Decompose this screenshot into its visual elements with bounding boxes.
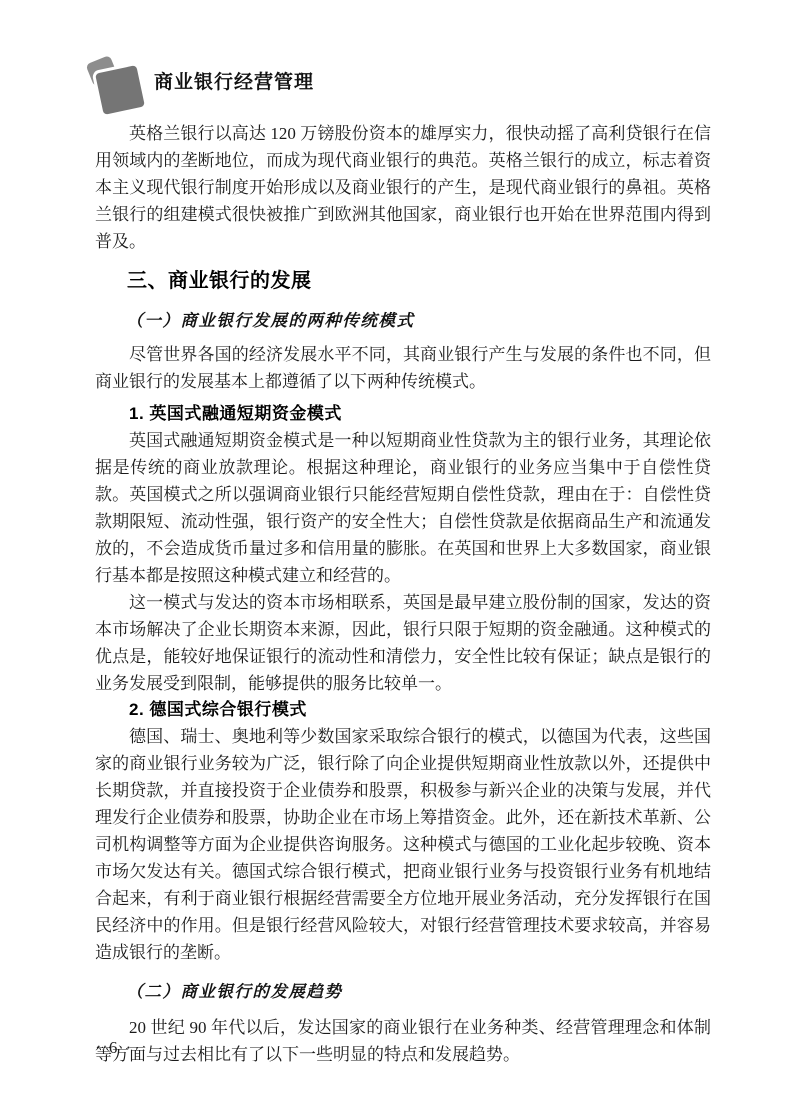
logo-large-square <box>92 62 149 119</box>
point-2-heading: 2. 德国式综合银行模式 <box>95 697 711 723</box>
book-logo-icon <box>88 56 150 118</box>
section-heading: 三、商业银行的发展 <box>95 267 711 295</box>
book-page: 商业银行经营管理 英格兰银行以高达 120 万镑股份资本的雄厚实力，很快动摇了高… <box>0 0 800 1114</box>
point-1-paragraph-2: 这一模式与发达的资本市场相联系，英国是最早建立股份制的国家，发达的资本市场解决了… <box>95 589 711 697</box>
book-title: 商业银行经营管理 <box>154 67 314 94</box>
point-1-heading: 1. 英国式融通短期资金模式 <box>95 401 711 427</box>
page-content: 英格兰银行以高达 120 万镑股份资本的雄厚实力，很快动摇了高利贷银行在信用领域… <box>95 120 711 1068</box>
intro-paragraph: 英格兰银行以高达 120 万镑股份资本的雄厚实力，很快动摇了高利贷银行在信用领域… <box>95 120 711 255</box>
point-2-paragraph: 德国、瑞士、奥地利等少数国家采取综合银行的模式，以德国为代表，这些国家的商业银行… <box>95 723 711 966</box>
book-header: 商业银行经营管理 <box>88 56 314 118</box>
page-number: · 6 · <box>95 1038 133 1058</box>
subsection-1-lead-paragraph: 尽管世界各国的经济发展水平不同，其商业银行产生与发展的条件也不同，但商业银行的发… <box>95 341 711 395</box>
point-1-paragraph-1: 英国式融通短期资金模式是一种以短期商业性贷款为主的银行业务，其理论依据是传统的商… <box>95 427 711 589</box>
subsection-2-heading: （二）商业银行的发展趋势 <box>95 980 711 1004</box>
subsection-1-heading: （一）商业银行发展的两种传统模式 <box>95 309 711 333</box>
subsection-2-lead-paragraph: 20 世纪 90 年代以后，发达国家的商业银行在业务种类、经营管理理念和体制等方… <box>95 1014 711 1068</box>
